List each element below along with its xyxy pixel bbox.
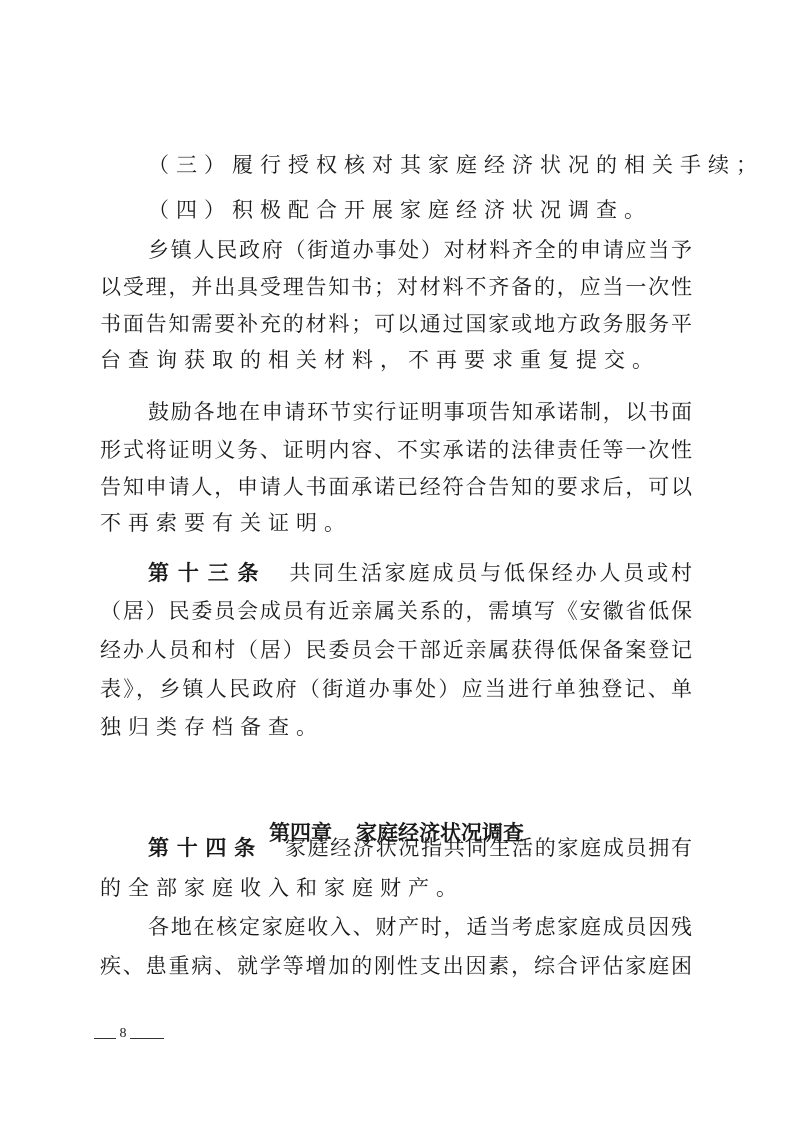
article-14-line-1: 第十四条家庭经济状况指共同生活的家庭成员拥有 — [148, 833, 692, 863]
article-13-line-4: 表》，乡镇人民政府（街道办事处）应当进行单独登记、单 — [100, 674, 692, 704]
article-13-line-5: 独归类存档备查。 — [100, 712, 692, 742]
notification-line-4: 不再索要有关证明。 — [100, 508, 692, 538]
article-14-label: 第十四条 — [148, 836, 263, 860]
article-13-text: 共同生活家庭成员与低保经办人员或村 — [289, 561, 692, 585]
acceptance-line-1: 乡镇人民政府（街道办事处）对材料齐全的申请应当予 — [148, 235, 692, 265]
item-4-line: （四）积极配合开展家庭经济状况调查。 — [148, 195, 692, 225]
assessment-line-1: 各地在核定家庭收入、财产时，适当考虑家庭成员因残 — [148, 912, 692, 942]
acceptance-line-2: 以受理，并出具受理告知书；对材料不齐备的，应当一次性 — [100, 272, 692, 302]
page-number-value: 8 — [120, 1026, 127, 1041]
article-13-line-1: 第十三条共同生活家庭成员与低保经办人员或村 — [148, 558, 692, 588]
acceptance-line-4: 台查询获取的相关材料，不再要求重复提交。 — [100, 345, 692, 375]
assessment-line-2: 疾、患重病、就学等增加的刚性支出因素，综合评估家庭困 — [100, 951, 692, 981]
notification-line-3: 告知申请人，申请人书面承诺已经符合告知的要求后，可以 — [100, 472, 692, 502]
notification-line-2: 形式将证明义务、证明内容、不实承诺的法律责任等一次性 — [100, 435, 692, 465]
article-14-text: 家庭经济状况指共同生活的家庭成员拥有 — [285, 836, 692, 860]
page-number-rule-right — [130, 1038, 164, 1039]
page-number: 8 — [94, 1024, 164, 1044]
article-13-line-2: （居）民委员会成员有近亲属关系的，需填写《安徽省低保 — [100, 596, 692, 626]
article-13-line-3: 经办人员和村（居）民委员会干部近亲属获得低保备案登记 — [100, 635, 692, 665]
article-13-label: 第十三条 — [148, 561, 267, 585]
acceptance-line-3: 书面告知需要补充的材料；可以通过国家或地方政务服务平 — [100, 309, 692, 339]
article-14-line-2: 的全部家庭收入和家庭财产。 — [100, 873, 692, 903]
item-3-line: （三）履行授权核对其家庭经济状况的相关手续； — [148, 150, 692, 180]
page-number-rule-left — [94, 1038, 116, 1039]
notification-line-1: 鼓励各地在申请环节实行证明事项告知承诺制，以书面 — [148, 397, 692, 427]
